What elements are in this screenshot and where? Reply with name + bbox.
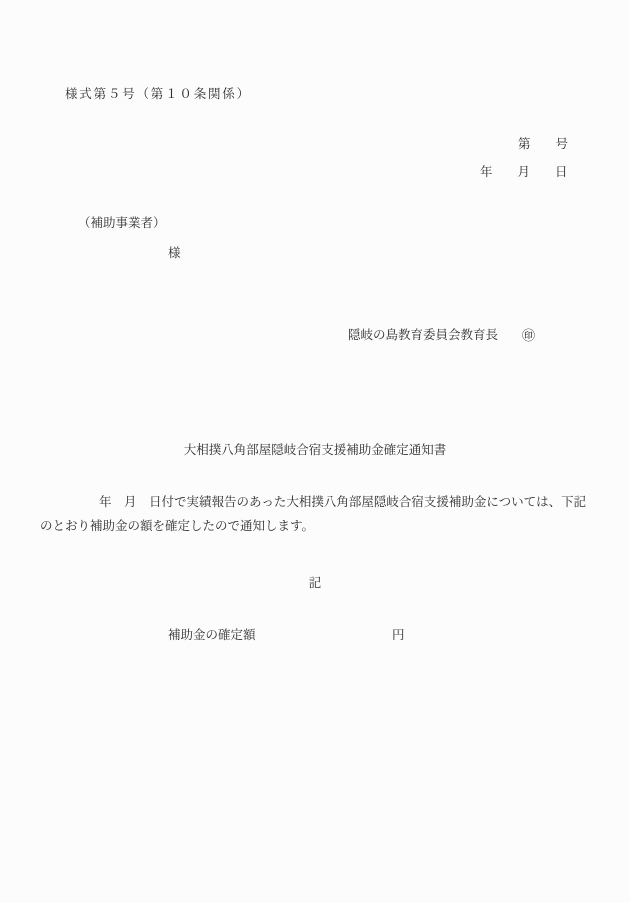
date-line: 年 月 日 [480,165,568,180]
body-paragraph-line-2: のとおり補助金の額を確定したので通知します。 [40,519,314,534]
seal-icon: ㊞ [522,328,535,344]
recipient-honorific: 様 [168,246,181,261]
recipient-label: （補助事業者） [78,216,166,231]
document-number-line: 第 号 [518,137,568,152]
body-paragraph-line-1: 年 月 日付で実績報告のあった大相撲八角部屋隠岐合宿支援補助金については、下記 [99,495,586,510]
document-page: 様式第５号（第１０条関係） 第 号 年 月 日 （補助事業者） 様 隠岐の島教育… [0,0,630,903]
document-title: 大相撲八角部屋隠岐合宿支援補助金確定通知書 [0,440,630,458]
form-number-label: 様式第５号（第１０条関係） [65,87,251,102]
note-marker: 記 [0,573,630,591]
subsidy-amount-unit: 円 [392,628,405,643]
subsidy-amount-label: 補助金の確定額 [168,628,256,643]
sender-name: 隠岐の島教育委員会教育長 [348,328,498,343]
